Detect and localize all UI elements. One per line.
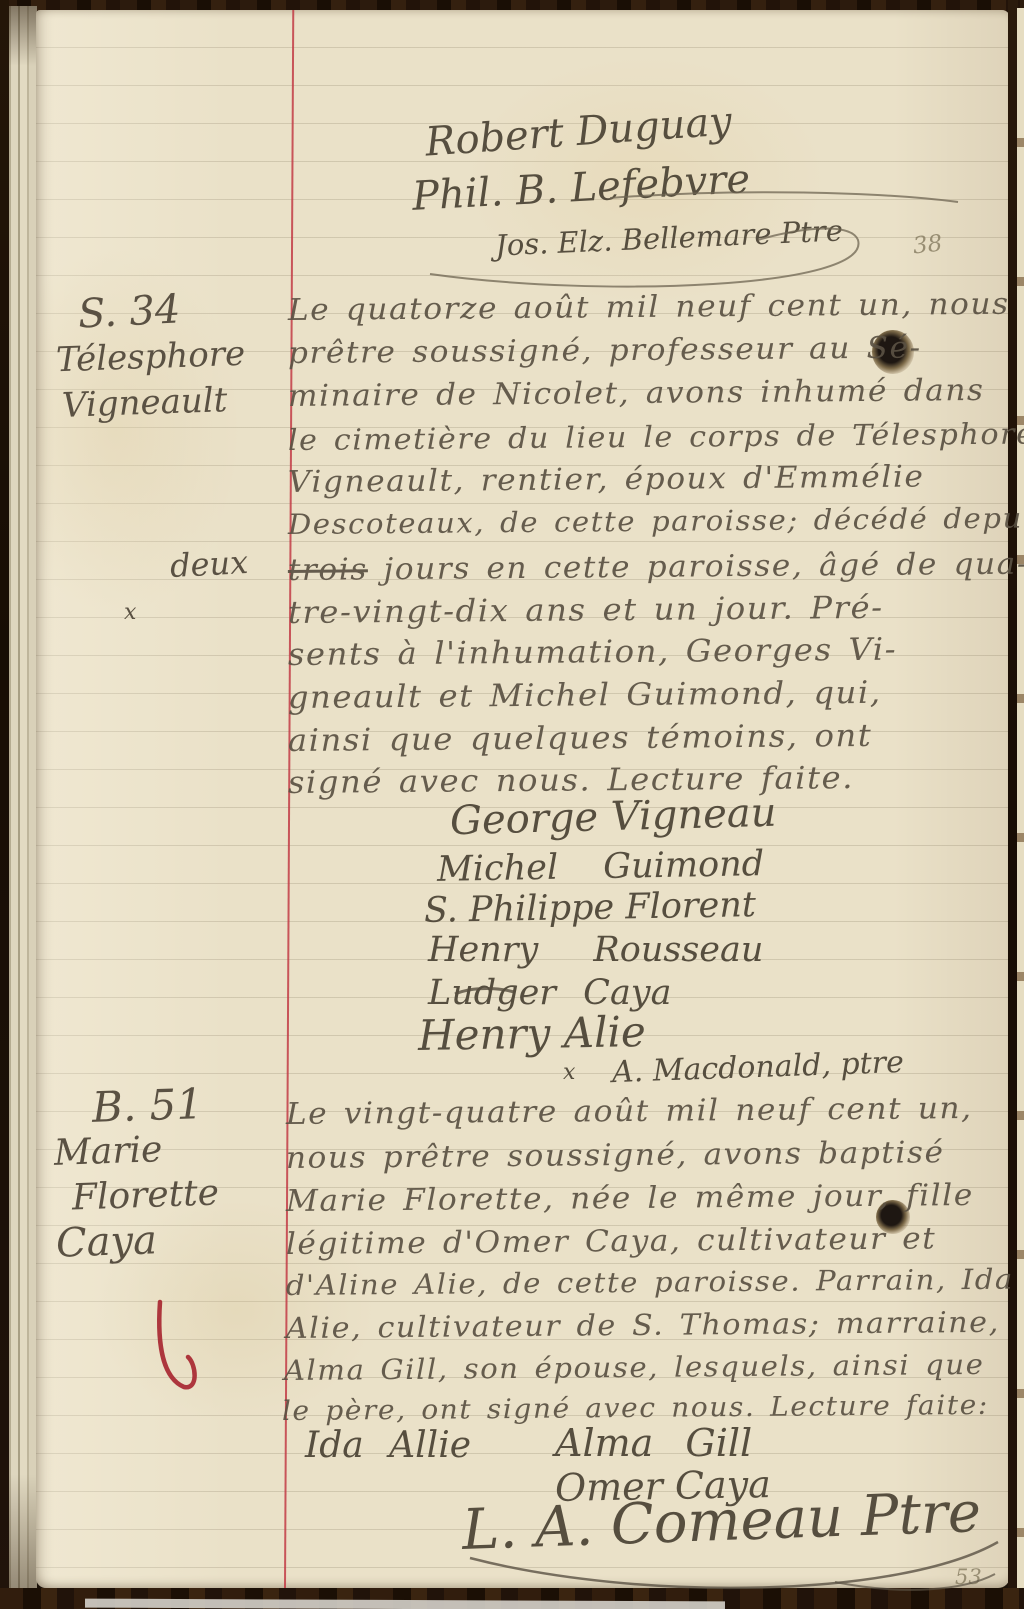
record-line: Alma Gill, son épouse, lesquels, ainsi q… [284, 1351, 985, 1385]
page-stack-edges [9, 6, 37, 1602]
record-line: nous prêtre soussigné, avons baptisé [286, 1138, 945, 1174]
entry1-margin-name-2: Vigneault [61, 383, 227, 423]
record-line: d'Aline Alie, de cette paroisse. Parrain… [286, 1266, 1014, 1300]
entry1-margin-correction: deux [169, 546, 249, 582]
register-scan: Robert Duguay Phil. B. Lefebvre Jos. Elz… [0, 0, 1024, 1609]
folio-number-bottom: 53 [955, 1565, 982, 1589]
record-line: Le quatorze août mil neuf cent un, nous [288, 290, 1010, 326]
entry1-margin-code: S. 34 [77, 289, 181, 334]
signature: Ludger Caya [428, 976, 671, 1011]
record-line: le cimetière du lieu le corps de Télesph… [288, 419, 1024, 455]
entry2-margin-name-2: Florette [71, 1175, 219, 1216]
record-line: Alie, cultivateur de S. Thomas; marraine… [286, 1308, 1000, 1343]
entry2-margin-code: B. 51 [91, 1083, 203, 1129]
entry1-margin-name-1: Télesphore [55, 337, 245, 378]
signature: Henry Rousseau [428, 933, 763, 968]
signature: Michel Guimond [437, 847, 765, 888]
record-line: tre-vingt-dix ans et un jour. Pré- [288, 593, 884, 629]
priest-mark: x [563, 1062, 575, 1084]
entry1-margin-mark: x [124, 602, 136, 624]
record-line: minaire de Nicolet, avons inhumé dans [288, 376, 985, 412]
record-line: Marie Florette, née le même jour, fille [286, 1181, 974, 1217]
struck-word: trois [288, 552, 368, 588]
record-line: légitime d'Omer Caya, cultivateur et [286, 1224, 937, 1260]
record-line: prêtre soussigné, professeur au Sé- [288, 333, 922, 369]
record-line: Le vingt-quatre août mil neuf cent un, [286, 1094, 973, 1130]
entry2-margin-name-3: Caya [55, 1220, 157, 1263]
signature: George Vigneau [450, 793, 777, 842]
entry2-margin-name-1: Marie [53, 1132, 163, 1172]
record-line: ainsi que quelques témoins, ont [288, 721, 873, 757]
record-line: Descoteaux, de cette paroisse; décédé de… [288, 504, 1024, 539]
signature: S. Philippe Florent [424, 888, 756, 929]
record-line: gneault et Michel Guimond, qui, [288, 678, 882, 714]
signature: Alma Gill [555, 1424, 752, 1462]
record-line: trois jours en cette paroisse, âgé de qu… [288, 550, 1024, 586]
signature: Henry Alie [418, 1011, 646, 1057]
record-line: sents à l'inhumation, Georges Vi- [288, 635, 898, 671]
signature: Ida Allie [305, 1428, 471, 1464]
page-number-top: 38 [912, 231, 944, 260]
record-line-rest: jours en cette paroisse, âgé de qua- [368, 547, 1024, 588]
bottom-paper-sliver [85, 1599, 725, 1609]
facing-page-sliver [1017, 8, 1024, 1596]
binding-left-edge [0, 0, 9, 1609]
record-line: Vigneault, rentier, époux d'Emmélie [288, 462, 925, 498]
